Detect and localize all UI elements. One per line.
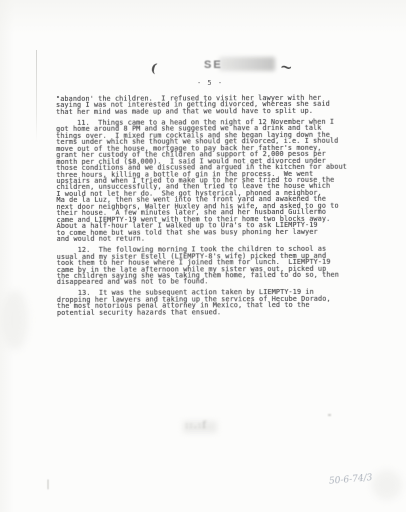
scan-artifact-blob [372, 470, 402, 500]
pencil-mark: | [45, 479, 51, 490]
text-line: potential security hazards that ensued. [57, 308, 371, 316]
page-number: - 5 - [197, 79, 223, 87]
paragraph-3: 13. It was the subsequent action taken b… [57, 289, 371, 316]
paragraph-2: 12. The following morning I took the chi… [57, 246, 371, 286]
handwritten-reference: 50-6-74/3 [329, 473, 373, 487]
paragraph-1: 11. Things came to a head on the night o… [56, 119, 371, 243]
stamp-smudge [219, 57, 275, 71]
bottom-stamp-smudge: ::.:f [185, 420, 207, 431]
paragraph-0: "abandon' the children. I refused to vis… [56, 95, 370, 116]
scan-edge-shade-top [0, 0, 406, 34]
scan-artifact-blob [2, 290, 28, 350]
ink-mark-right: ~ [279, 57, 292, 76]
scan-speck [328, 414, 331, 416]
text-line: that her mind was made up and that we wo… [56, 108, 370, 116]
scan-edge-shade-left [0, 0, 14, 512]
paper-crease [36, 50, 37, 142]
ink-mark-left: ( [149, 61, 158, 76]
secret-stamp: SE [204, 59, 223, 71]
scanned-document-page: ( SE ~ - 5 - "abandon' the children. I r… [0, 0, 406, 512]
typewritten-text-body: "abandon' the children. I refused to vis… [56, 95, 371, 321]
